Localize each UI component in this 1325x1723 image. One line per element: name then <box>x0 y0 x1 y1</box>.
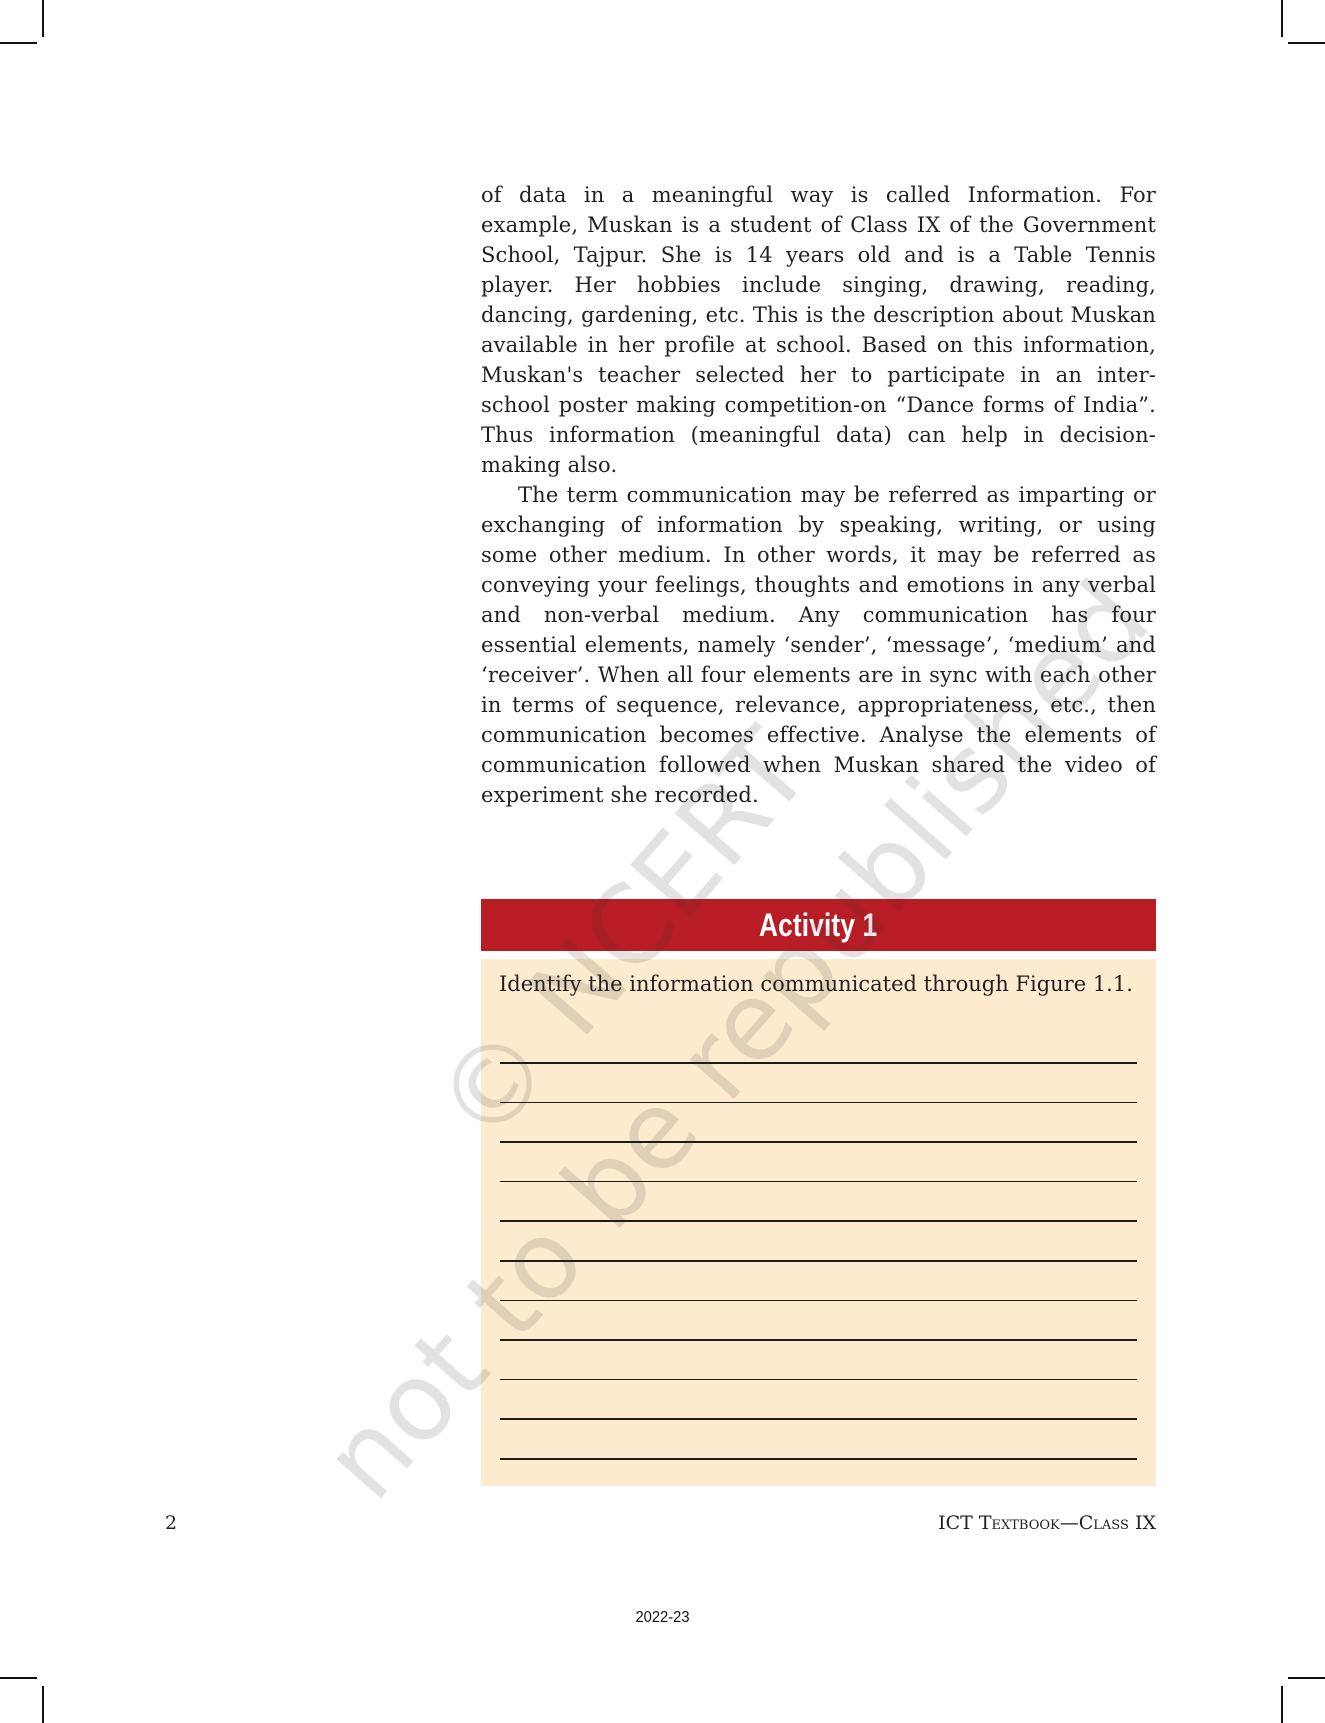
paragraph-communication: The term communication may be referred a… <box>481 480 1156 810</box>
answer-line <box>500 1339 1137 1341</box>
running-footer: ICT Textbook—Class IX <box>938 1512 1156 1534</box>
answer-line <box>500 1181 1137 1183</box>
answer-line <box>500 1102 1137 1104</box>
footer-book-prefix: ICT <box>938 1512 973 1534</box>
crop-mark-top-left-vertical <box>42 0 44 37</box>
answer-line <box>500 1141 1137 1143</box>
activity-body: Identify the information communicated th… <box>481 959 1156 1486</box>
answer-line <box>500 1379 1137 1381</box>
textbook-page: of data in a meaningful way is called In… <box>0 0 1325 1723</box>
answer-line <box>500 1220 1137 1222</box>
answer-line <box>500 1300 1137 1302</box>
answer-line <box>500 1062 1137 1064</box>
body-text: of data in a meaningful way is called In… <box>481 180 1156 810</box>
footer-separator: — <box>1060 1512 1079 1534</box>
crop-mark-top-right-vertical <box>1281 0 1283 37</box>
crop-mark-top-right-horizontal <box>1288 42 1325 44</box>
footer-class-word: Class <box>1079 1512 1129 1534</box>
answer-line <box>500 1418 1137 1420</box>
activity-prompt: Identify the information communicated th… <box>499 969 1137 999</box>
paragraph-information: of data in a meaningful way is called In… <box>481 180 1156 480</box>
page-number: 2 <box>165 1512 177 1534</box>
activity-title: Activity 1 <box>759 907 877 944</box>
crop-mark-bottom-right-vertical <box>1281 1686 1283 1723</box>
footer-book-word: Textbook <box>979 1512 1060 1534</box>
crop-mark-top-left-horizontal <box>0 42 37 44</box>
crop-mark-bottom-left-horizontal <box>0 1677 37 1679</box>
footer-class-numeral: IX <box>1135 1512 1156 1534</box>
crop-mark-bottom-left-vertical <box>42 1686 44 1723</box>
year-label: 2022-23 <box>53 1609 1272 1627</box>
answer-line <box>500 1260 1137 1262</box>
activity-header: Activity 1 <box>481 899 1156 951</box>
crop-mark-bottom-right-horizontal <box>1288 1677 1325 1679</box>
answer-line <box>500 1458 1137 1460</box>
